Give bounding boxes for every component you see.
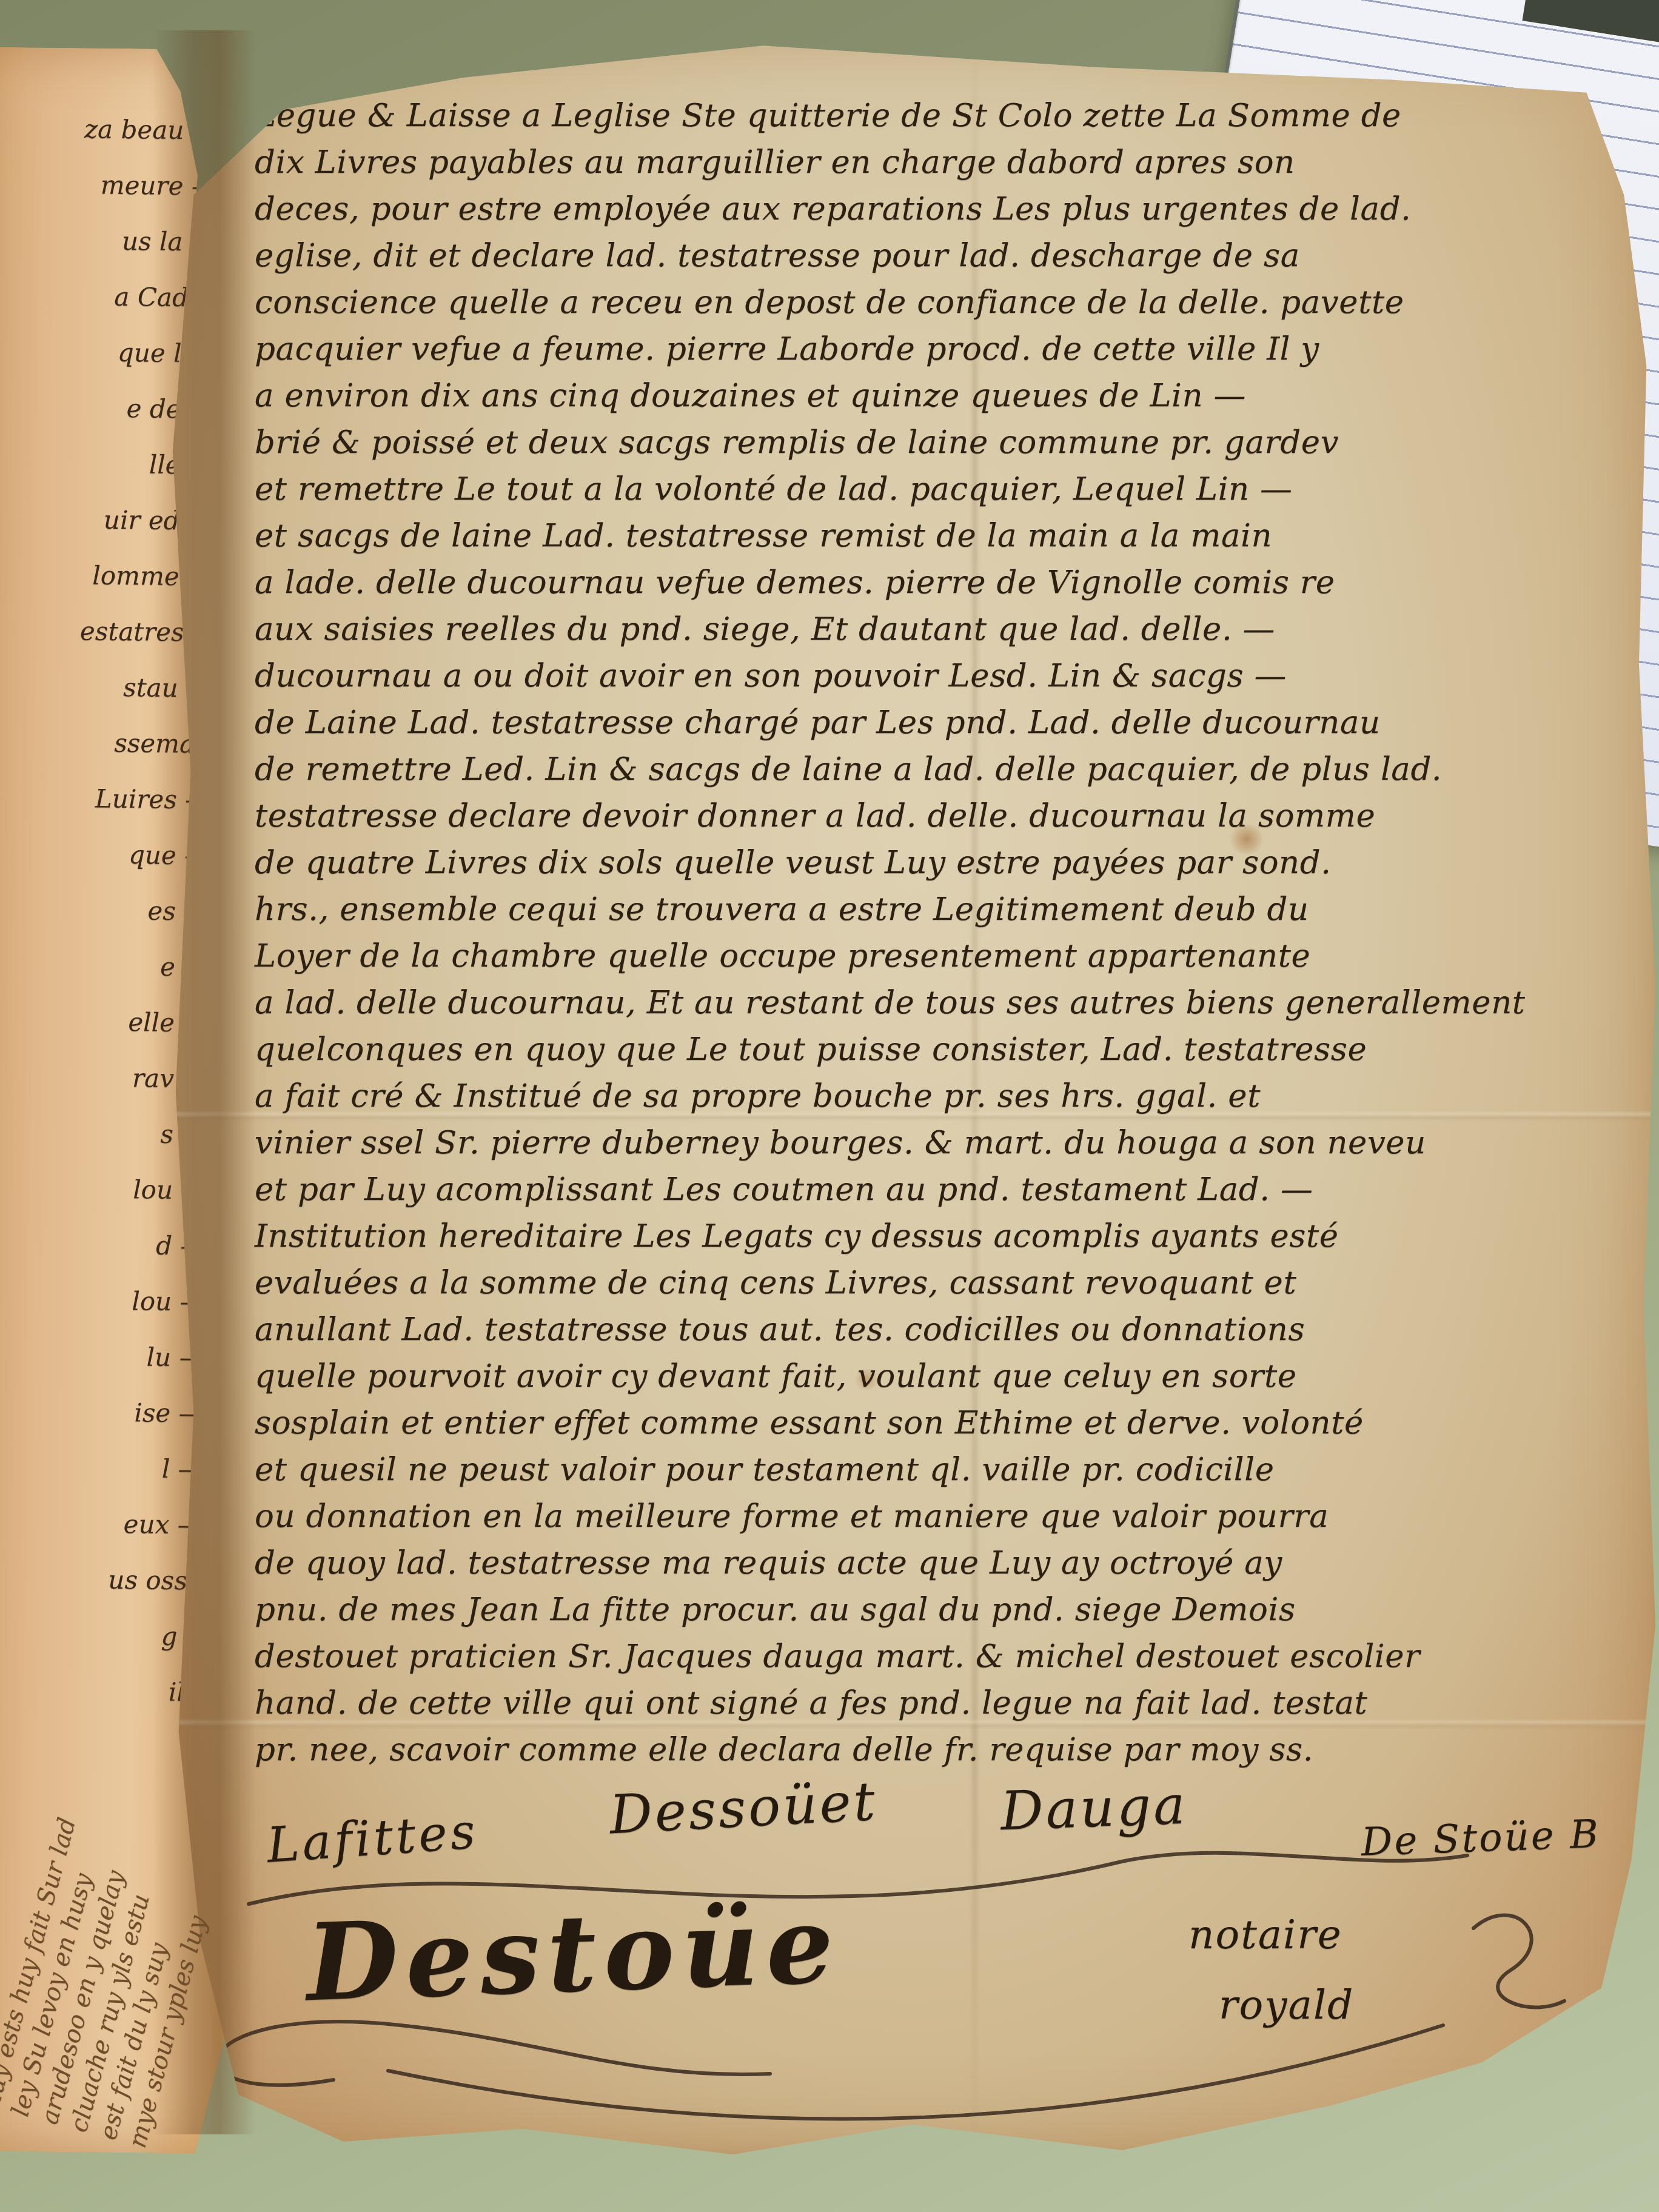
document-line: a lad. delle ducournau, Et au restant de… xyxy=(255,979,1601,1026)
document-line: et remettre Le tout a la volonté de lad.… xyxy=(255,466,1601,512)
document-line: et quesil ne peust valoir pour testament… xyxy=(255,1446,1601,1493)
document-line: evaluées a la somme de cinq cens Livres,… xyxy=(255,1259,1601,1306)
document-line: quelle pourvoit avoir cy devant fait, vo… xyxy=(255,1353,1601,1399)
document-line: pnu. de mes Jean La fitte procur. au sga… xyxy=(255,1586,1601,1633)
document-line: Loyer de la chambre quelle occupe presen… xyxy=(255,933,1601,979)
document-line: eglise, dit et declare lad. testatresse … xyxy=(255,232,1601,279)
document-line: dix Livres payables au marguillier en ch… xyxy=(255,139,1601,186)
document-line: de Laine Lad. testatresse chargé par Les… xyxy=(255,699,1601,746)
document-line: de quoy lad. testatresse ma requis acte … xyxy=(255,1540,1601,1586)
photo-of-manuscript: za beau —meure —us la —a Cadreque l —e d… xyxy=(0,0,1659,2212)
document-line: et sacgs de laine Lad. testatresse remis… xyxy=(255,512,1601,559)
document-line: de remettre Led. Lin & sacgs de laine a … xyxy=(255,746,1601,793)
document-line: ducournau a ou doit avoir en son pouvoir… xyxy=(255,652,1601,699)
signature-dauga: Dauga xyxy=(999,1774,1188,1843)
document-line: a fait cré & Institué de sa propre bouch… xyxy=(255,1073,1601,1119)
signature-lafittes: Lafittes xyxy=(265,1803,480,1874)
document-line: a environ dix ans cinq douzaines et quin… xyxy=(255,372,1601,419)
document-line: quelconques en quoy que Le tout puisse c… xyxy=(255,1026,1601,1073)
signature-notary-destoue: Destoüe xyxy=(304,1883,843,2026)
document-line: hrs., ensemble cequi se trouvera a estre… xyxy=(255,886,1601,933)
document-line: anullant Lad. testatresse tous aut. tes.… xyxy=(255,1306,1601,1353)
document-line: sosplain et entier effet comme essant so… xyxy=(255,1399,1601,1446)
document-line: brié & poissé et deux sacgs remplis de l… xyxy=(255,419,1601,466)
document-line: aux saisies reelles du pnd. siege, Et da… xyxy=(255,606,1601,652)
document-line: pr. nee, scavoir comme elle declara dell… xyxy=(255,1726,1601,1773)
document-line: Legue & Laisse a Leglise Ste quitterie d… xyxy=(255,92,1601,139)
document-line: testatresse declare devoir donner a lad.… xyxy=(255,793,1601,839)
document-line: ou donnation en la meilleure forme et ma… xyxy=(255,1493,1601,1540)
document-line: de quatre Livres dix sols quelle veust L… xyxy=(255,839,1601,886)
document-line: conscience quelle a receu en depost de c… xyxy=(255,279,1601,326)
notary-title-line1: notaire xyxy=(1188,1911,1342,1958)
testament-text: Legue & Laisse a Leglise Ste quitterie d… xyxy=(255,92,1601,1773)
notary-title-line2: royald xyxy=(1219,1982,1354,2028)
verso-line: za beau — xyxy=(84,101,218,158)
main-page: Legue & Laisse a Leglise Ste quitterie d… xyxy=(164,24,1659,2159)
document-line: pacquier vefue a feume. pierre Laborde p… xyxy=(255,326,1601,372)
document-line: vinier ssel Sr. pierre duberney bourges.… xyxy=(255,1119,1601,1166)
document-line: destouet praticien Sr. Jacques dauga mar… xyxy=(255,1633,1601,1680)
document-line: hand. de cette ville qui ont signé a fes… xyxy=(255,1680,1601,1726)
document-line: a lade. delle ducournau vefue demes. pie… xyxy=(255,559,1601,606)
document-line: et par Luy acomplissant Les coutmen au p… xyxy=(255,1166,1601,1213)
verso-line: lou — xyxy=(72,1273,206,1330)
document-line: Institution hereditaire Les Legats cy de… xyxy=(255,1213,1601,1259)
signature-dessouet: Dessoüet xyxy=(608,1770,879,1846)
document-line: deces, pour estre employée aux reparatio… xyxy=(255,186,1601,232)
signature-destoue-small: De Stoüe B xyxy=(1361,1812,1601,1865)
